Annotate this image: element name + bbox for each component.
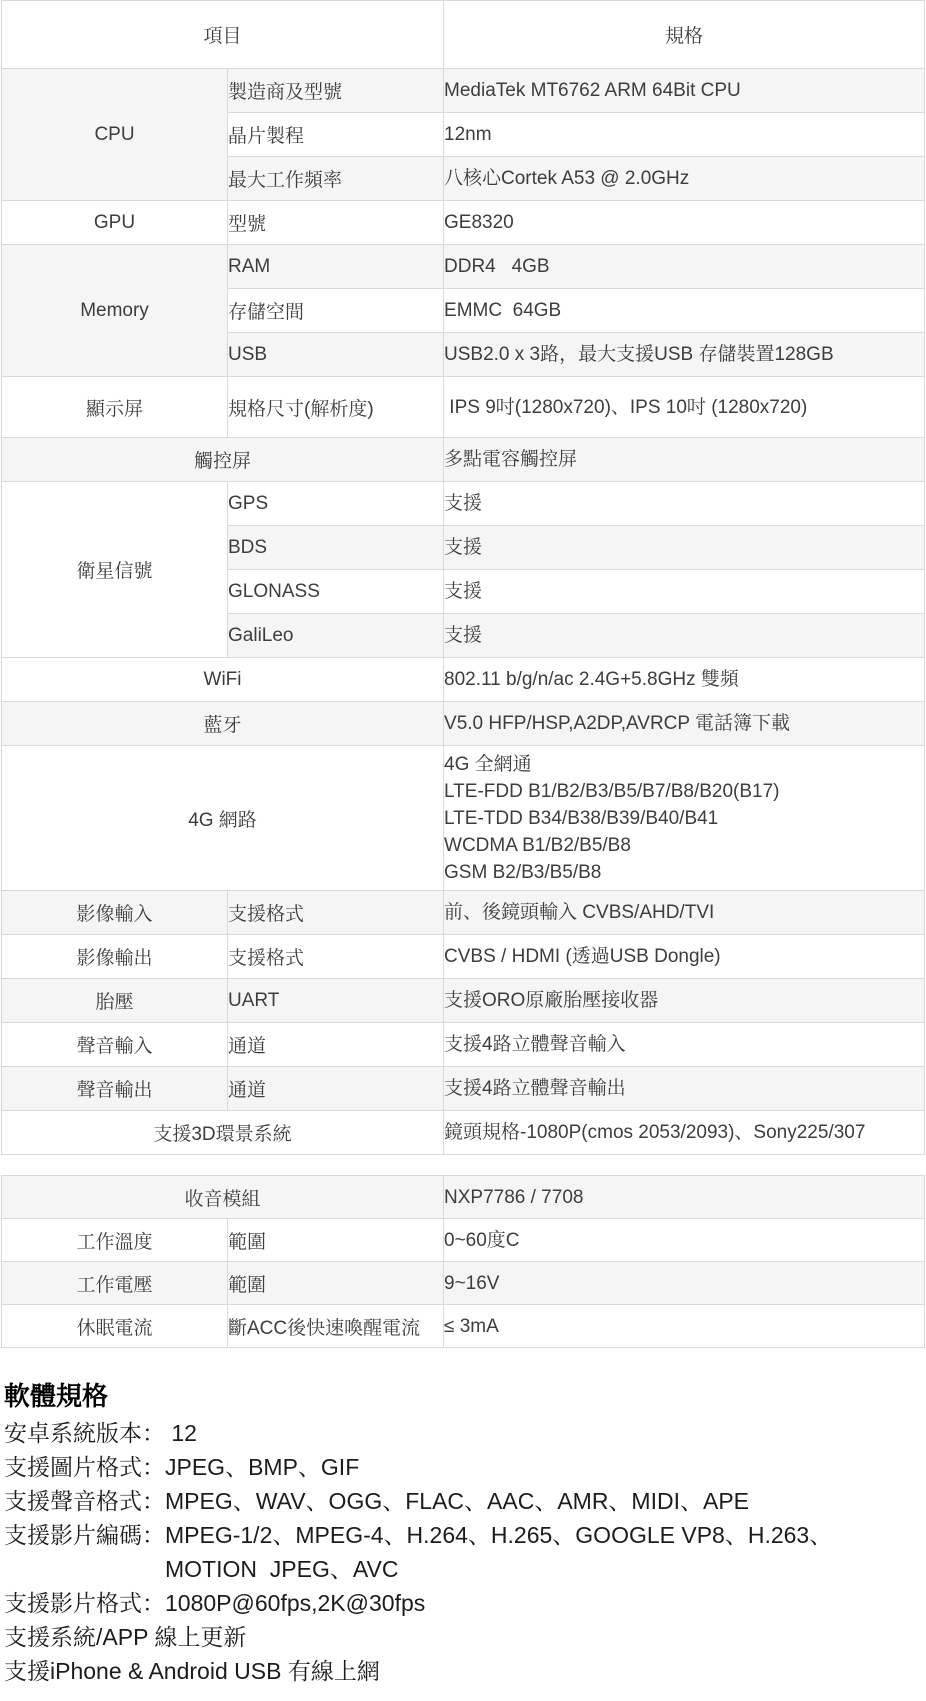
spec-sheet: 項目 規格 CPU 製造商及型號 MediaTek MT6762 ARM 64B…: [0, 0, 926, 1688]
value-cell: 鏡頭規格-1080P(cmos 2053/2093)、Sony225/307: [444, 1111, 925, 1155]
group-display: 顯示屏: [2, 377, 228, 438]
label-cell: 型號: [228, 201, 444, 245]
table-row: CPU 製造商及型號 MediaTek MT6762 ARM 64Bit CPU: [2, 69, 925, 113]
software-line-value: MPEG-1/2、MPEG-4、H.264、H.265、GOOGLE VP8、H…: [165, 1518, 926, 1586]
table-row: 顯示屏 規格尺寸(解析度) IPS 9吋(1280x720)、IPS 10吋 (…: [2, 377, 925, 438]
row-radio-module: 收音模組: [2, 1176, 444, 1219]
value-cell: V5.0 HFP/HSP,A2DP,AVRCP 電話簿下載: [444, 702, 925, 746]
group-operating-temp: 工作溫度: [2, 1219, 228, 1262]
label-cell: GLONASS: [228, 570, 444, 614]
value-cell: 支援4路立體聲音輸入: [444, 1023, 925, 1067]
row-bluetooth: 藍牙: [2, 702, 444, 746]
row-wifi: WiFi: [2, 658, 444, 702]
table-row: 影像輸出 支援格式 CVBS / HDMI (透過USB Dongle): [2, 935, 925, 979]
table-row: 衛星信號 GPS 支援: [2, 482, 925, 526]
label-cell: 製造商及型號: [228, 69, 444, 113]
environment-spec-table: 收音模組 NXP7786 / 7708 工作溫度 範圍 0~60度C 工作電壓 …: [1, 1175, 925, 1348]
group-video-out: 影像輸出: [2, 935, 228, 979]
software-spec-line: 支援圖片格式：JPEG、BMP、GIF: [4, 1450, 926, 1484]
value-cell: 八核心Cortek A53 @ 2.0GHz: [444, 157, 925, 201]
header-row: 項目 規格: [2, 1, 925, 69]
value-cell: 前、後鏡頭輸入 CVBS/AHD/TVI: [444, 891, 925, 935]
row-3d-surround: 支援3D環景系統: [2, 1111, 444, 1155]
value-cell: 支援4路立體聲音輸出: [444, 1067, 925, 1111]
group-tpms: 胎壓: [2, 979, 228, 1023]
value-cell: CVBS / HDMI (透過USB Dongle): [444, 935, 925, 979]
table-row: 休眠電流 斷ACC後快速喚醒電流 ≤ 3mA: [2, 1305, 925, 1348]
label-cell: UART: [228, 979, 444, 1023]
label-cell: 支援格式: [228, 935, 444, 979]
software-line-value: MPEG、WAV、OGG、FLAC、AAC、AMR、MIDI、APE: [165, 1484, 926, 1518]
software-spec-heading: 軟體規格: [4, 1378, 926, 1414]
table-row: 支援3D環景系統 鏡頭規格-1080P(cmos 2053/2093)、Sony…: [2, 1111, 925, 1155]
group-sleep-current: 休眠電流: [2, 1305, 228, 1348]
software-spec-line: 支援iPhone & Android USB 有線上網: [4, 1654, 926, 1688]
label-cell: RAM: [228, 245, 444, 289]
software-line-value: JPEG、BMP、GIF: [165, 1450, 926, 1484]
value-cell: DDR4 4GB: [444, 245, 925, 289]
table-row: GPU 型號 GE8320: [2, 201, 925, 245]
software-line-label: 安卓系統版本：: [4, 1416, 165, 1450]
label-cell: 晶片製程: [228, 113, 444, 157]
label-cell: GaliLeo: [228, 614, 444, 658]
software-line-label: 支援影片格式：: [4, 1586, 165, 1620]
software-line-label: 支援iPhone & Android USB 有線上網: [4, 1654, 380, 1688]
software-line-value: 12: [165, 1416, 926, 1450]
group-memory: Memory: [2, 245, 228, 377]
group-cpu: CPU: [2, 69, 228, 201]
group-gpu: GPU: [2, 201, 228, 245]
value-cell: 支援ORO原廠胎壓接收器: [444, 979, 925, 1023]
group-audio-in: 聲音輸入: [2, 1023, 228, 1067]
software-spec-line: 安卓系統版本： 12: [4, 1416, 926, 1450]
row-4g-network: 4G 網路: [2, 746, 444, 891]
group-satellite: 衛星信號: [2, 482, 228, 658]
value-cell: 支援: [444, 570, 925, 614]
table-row: WiFi 802.11 b/g/n/ac 2.4G+5.8GHz 雙頻: [2, 658, 925, 702]
software-spec-line: 支援系統/APP 線上更新: [4, 1620, 926, 1654]
value-cell: ≤ 3mA: [444, 1305, 925, 1348]
group-video-in: 影像輸入: [2, 891, 228, 935]
table-row: 觸控屏 多點電容觸控屏: [2, 438, 925, 482]
group-operating-voltage: 工作電壓: [2, 1262, 228, 1305]
table-row: 工作電壓 範圍 9~16V: [2, 1262, 925, 1305]
label-cell: 最大工作頻率: [228, 157, 444, 201]
column-header-item: 項目: [2, 1, 444, 69]
value-cell: MediaTek MT6762 ARM 64Bit CPU: [444, 69, 925, 113]
software-line-label: 支援系統/APP 線上更新: [4, 1620, 246, 1654]
value-cell: 支援: [444, 614, 925, 658]
value-cell: 9~16V: [444, 1262, 925, 1305]
value-cell: 多點電容觸控屏: [444, 438, 925, 482]
table-row: 聲音輸入 通道 支援4路立體聲音輸入: [2, 1023, 925, 1067]
label-cell: GPS: [228, 482, 444, 526]
label-cell: 範圍: [228, 1219, 444, 1262]
value-cell: 0~60度C: [444, 1219, 925, 1262]
label-cell: 規格尺寸(解析度): [228, 377, 444, 438]
value-cell: IPS 9吋(1280x720)、IPS 10吋 (1280x720): [444, 377, 925, 438]
value-cell: 支援: [444, 526, 925, 570]
value-cell: GE8320: [444, 201, 925, 245]
label-cell: USB: [228, 333, 444, 377]
label-cell: 範圍: [228, 1262, 444, 1305]
software-line-label: 支援圖片格式：: [4, 1450, 165, 1484]
table-row: 收音模組 NXP7786 / 7708: [2, 1176, 925, 1219]
label-cell: 存儲空間: [228, 289, 444, 333]
value-cell: EMMC 64GB: [444, 289, 925, 333]
software-line-label: 支援聲音格式：: [4, 1484, 165, 1518]
table-row: 胎壓 UART 支援ORO原廠胎壓接收器: [2, 979, 925, 1023]
column-header-spec: 規格: [444, 1, 925, 69]
label-cell: BDS: [228, 526, 444, 570]
software-spec-line: 支援聲音格式：MPEG、WAV、OGG、FLAC、AAC、AMR、MIDI、AP…: [4, 1484, 926, 1518]
label-cell: 通道: [228, 1067, 444, 1111]
hardware-spec-table: 項目 規格 CPU 製造商及型號 MediaTek MT6762 ARM 64B…: [1, 0, 925, 1155]
table-row: 4G 網路 4G 全網通 LTE-FDD B1/B2/B3/B5/B7/B8/B…: [2, 746, 925, 891]
software-spec-section: 軟體規格 安卓系統版本： 12 支援圖片格式：JPEG、BMP、GIF 支援聲音…: [4, 1378, 926, 1688]
software-spec-line: 支援影片編碼：MPEG-1/2、MPEG-4、H.264、H.265、GOOGL…: [4, 1518, 926, 1586]
value-cell: USB2.0 x 3路，最大支援USB 存儲裝置128GB: [444, 333, 925, 377]
value-cell: 支援: [444, 482, 925, 526]
value-cell: NXP7786 / 7708: [444, 1176, 925, 1219]
table-row: 聲音輸出 通道 支援4路立體聲音輸出: [2, 1067, 925, 1111]
value-cell: 4G 全網通 LTE-FDD B1/B2/B3/B5/B7/B8/B20(B17…: [444, 746, 925, 891]
group-audio-out: 聲音輸出: [2, 1067, 228, 1111]
table-row: 藍牙 V5.0 HFP/HSP,A2DP,AVRCP 電話簿下載: [2, 702, 925, 746]
table-row: 影像輸入 支援格式 前、後鏡頭輸入 CVBS/AHD/TVI: [2, 891, 925, 935]
label-cell: 斷ACC後快速喚醒電流: [228, 1305, 444, 1348]
row-touchscreen: 觸控屏: [2, 438, 444, 482]
table-row: Memory RAM DDR4 4GB: [2, 245, 925, 289]
table-row: 工作溫度 範圍 0~60度C: [2, 1219, 925, 1262]
value-cell: 802.11 b/g/n/ac 2.4G+5.8GHz 雙頻: [444, 658, 925, 702]
software-line-value: 1080P@60fps,2K@30fps: [165, 1586, 926, 1620]
software-line-label: 支援影片編碼：: [4, 1518, 165, 1552]
software-spec-line: 支援影片格式：1080P@60fps,2K@30fps: [4, 1586, 926, 1620]
label-cell: 支援格式: [228, 891, 444, 935]
value-cell: 12nm: [444, 113, 925, 157]
label-cell: 通道: [228, 1023, 444, 1067]
